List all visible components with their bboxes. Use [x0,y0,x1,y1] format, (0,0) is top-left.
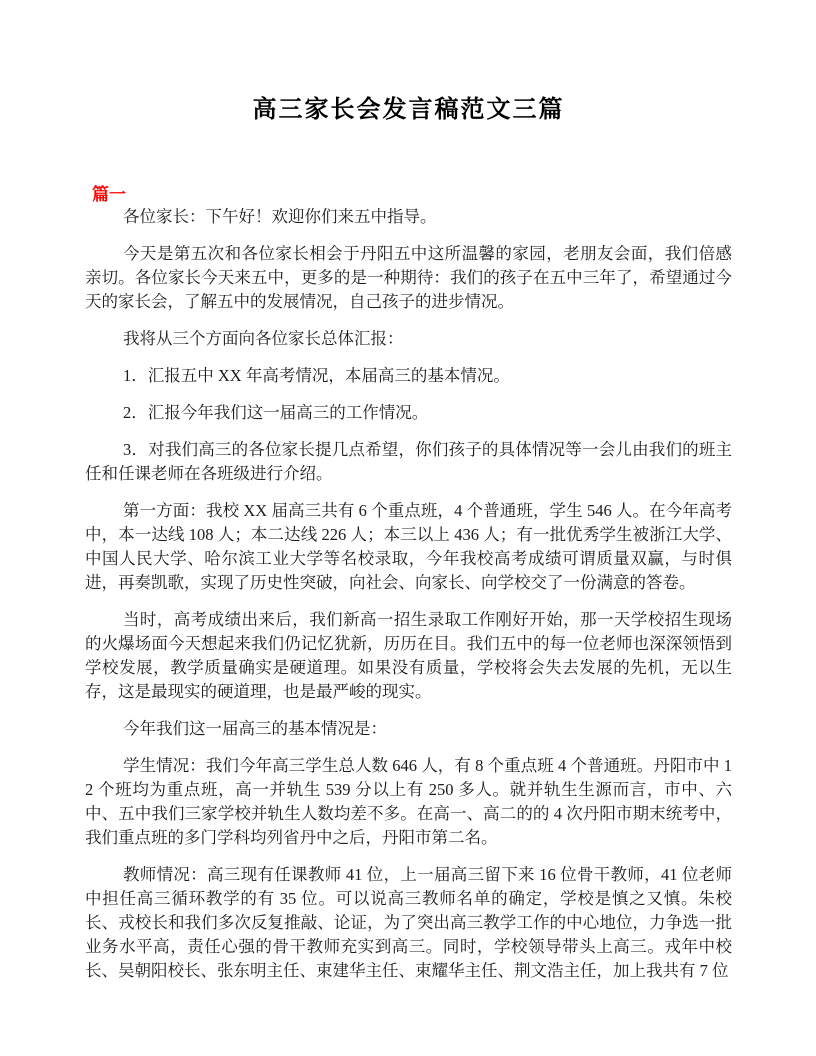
paragraph-student-situation: 学生情况：我们今年高三学生总人数 646 人，有 8 个重点班 4 个普通班。丹… [85,754,732,850]
section-label-part-one: 篇一 [92,184,732,205]
paragraph-item-1: 1．汇报五中 XX 年高考情况，本届高三的基本情况。 [85,364,732,388]
paragraph-first-aspect: 第一方面：我校 XX 届高三共有 6 个重点班，4 个普通班，学生 546 人。… [85,499,732,595]
paragraph-basic-situation-lead: 今年我们这一届高三的基本情况是： [85,717,732,741]
paragraph-greeting: 各位家长：下午好！欢迎你们来五中指导。 [85,205,732,229]
paragraph-intro: 今天是第五次和各位家长相会于丹阳五中这所温馨的家园，老朋友会面，我们倍感亲切。各… [85,242,732,314]
paragraph-item-3: 3．对我们高三的各位家长提几点希望，你们孩子的具体情况等一会儿由我们的班主任和任… [85,438,732,486]
document-title: 高三家长会发言稿范文三篇 [85,94,732,126]
document-body: 各位家长：下午好！欢迎你们来五中指导。 今天是第五次和各位家长相会于丹阳五中这所… [85,205,732,983]
document-page: 高三家长会发言稿范文三篇 篇一 各位家长：下午好！欢迎你们来五中指导。 今天是第… [0,0,816,1056]
paragraph-report-overview: 我将从三个方面向各位家长总体汇报： [85,327,732,351]
paragraph-item-2: 2．汇报今年我们这一届高三的工作情况。 [85,401,732,425]
paragraph-recall: 当时，高考成绩出来后，我们新高一招生录取工作刚好开始，那一天学校招生现场的火爆场… [85,608,732,704]
paragraph-teacher-situation: 教师情况：高三现有任课教师 41 位，上一届高三留下来 16 位骨干教师，41 … [85,863,732,983]
